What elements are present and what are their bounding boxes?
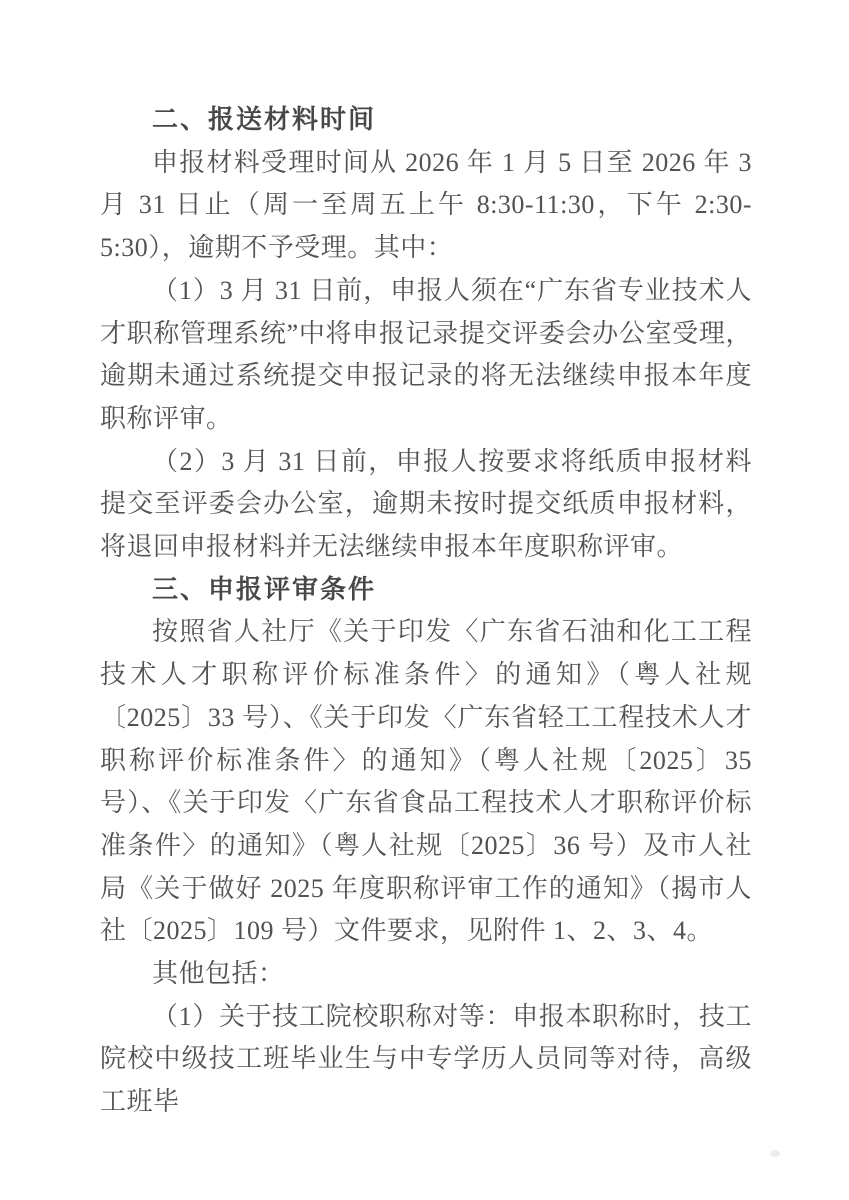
- paragraph: （2）3 月 31 日前，申报人按要求将纸质申报材料提交至评委会办公室，逾期未按…: [100, 441, 752, 569]
- paragraph: 其他包括：: [100, 953, 752, 996]
- paragraph: 按照省人社厅《关于印发〈广东省石油和化工工程技术人才职称评价标准条件〉的通知》（…: [100, 611, 752, 953]
- section-heading: 二、报送材料时间: [100, 99, 752, 142]
- document-body: 二、报送材料时间申报材料受理时间从 2026 年 1 月 5 日至 2026 年…: [100, 99, 752, 1124]
- paragraph: 申报材料受理时间从 2026 年 1 月 5 日至 2026 年 3 月 31 …: [100, 142, 752, 270]
- paragraph: （1）关于技工院校职称对等：申报本职称时，技工院校中级技工班毕业生与中专学历人员…: [100, 996, 752, 1124]
- scan-artifact: [770, 1150, 780, 1157]
- paragraph: （1）3 月 31 日前，申报人须在“广东省专业技术人才职称管理系统”中将申报记…: [100, 270, 752, 441]
- section-heading: 三、申报评审条件: [100, 569, 752, 612]
- scanned-document-page: 二、报送材料时间申报材料受理时间从 2026 年 1 月 5 日至 2026 年…: [0, 0, 849, 1200]
